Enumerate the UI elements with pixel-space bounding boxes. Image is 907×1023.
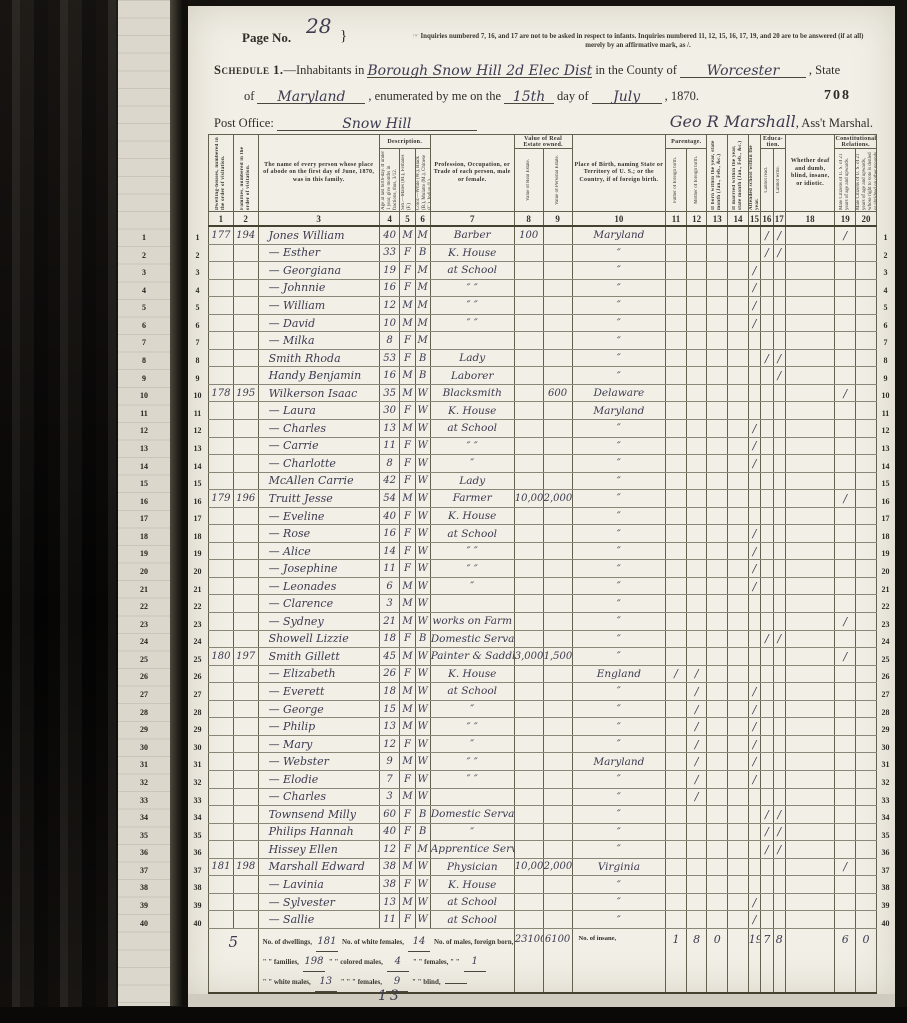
cell-married-month (728, 700, 749, 718)
line-number: 26 (189, 668, 206, 686)
total-born-within-year: 0 (707, 928, 728, 993)
cell-sex: F (400, 735, 415, 753)
cell-occupation: ″ ″ (430, 542, 514, 560)
cell-male-citizen (835, 314, 856, 332)
cell-age: 33 (379, 244, 400, 262)
cell-dwelling-number (209, 683, 234, 701)
cell-dwelling-number (209, 595, 234, 613)
cell-birthplace: England (572, 665, 666, 683)
cell-cannot-write (773, 788, 785, 806)
cell-deaf-dumb (785, 525, 835, 543)
cell-mother-foreign (686, 455, 707, 473)
cell-cannot-read (761, 735, 773, 753)
cell-born-month (707, 279, 728, 297)
cell-cannot-read (761, 314, 773, 332)
cell-male-citizen: / (835, 226, 856, 244)
cell-born-month (707, 226, 728, 244)
table-row: Smith Rhoda 53 F B Lady ″ / / (209, 349, 877, 367)
col-header-cannot-read: Cannot read. (761, 149, 773, 212)
line-number: 7 (189, 334, 206, 352)
cell-born-month (707, 595, 728, 613)
cell-real-estate: 10,000 (514, 490, 543, 508)
line-number: 35 (877, 827, 894, 845)
cell-occupation: K. House (430, 402, 514, 420)
cell-sex: F (400, 806, 415, 824)
cell-birthplace: Maryland (572, 402, 666, 420)
cell-age: 16 (379, 367, 400, 385)
cell-color: M (415, 841, 430, 859)
cell-occupation (430, 332, 514, 350)
form-header: Page No. 28 } ☞ Inquiries numbered 7, 16… (188, 6, 895, 134)
cell-birthplace: ″ (572, 806, 666, 824)
cell-mother-foreign (686, 402, 707, 420)
cell-birthplace: ″ (572, 542, 666, 560)
cell-person-name: — Mary (258, 735, 379, 753)
cell-personal-estate (543, 788, 572, 806)
cell-attended-school: / (748, 455, 760, 473)
cell-father-foreign (666, 262, 687, 280)
cell-birthplace: ″ (572, 314, 666, 332)
summary-counts: No. of dwellings,181No. of white females… (258, 928, 514, 993)
cell-father-foreign (666, 577, 687, 595)
cell-color: B (415, 630, 430, 648)
cell-born-month (707, 542, 728, 560)
cell-real-estate (514, 630, 543, 648)
cell-birthplace: ″ (572, 244, 666, 262)
cell-dwelling-number: 178 (209, 384, 234, 402)
cell-color: W (415, 770, 430, 788)
cell-sex: M (400, 718, 415, 736)
cell-born-month (707, 770, 728, 788)
line-number: 14 (132, 458, 156, 476)
cell-cannot-write (773, 735, 785, 753)
line-number: 28 (132, 704, 156, 722)
group-header-constitutional: Constitutional Relations. (835, 135, 877, 149)
cell-male-citizen (835, 735, 856, 753)
cell-occupation: ″ ″ (430, 560, 514, 578)
facing-page-line-numbers: 1234567891011121314151617181920212223242… (132, 229, 156, 932)
cell-male-citizen (835, 577, 856, 595)
cell-male-citizen-denied (856, 613, 877, 631)
cell-cannot-read (761, 332, 773, 350)
cell-age: 13 (379, 718, 400, 736)
line-number: 36 (877, 844, 894, 862)
schedule-label: Schedule 1. (214, 63, 283, 78)
cell-color: W (415, 893, 430, 911)
cell-male-citizen-denied (856, 384, 877, 402)
cell-occupation: Lady (430, 472, 514, 490)
cell-deaf-dumb (785, 788, 835, 806)
total-deaf-dumb (785, 928, 835, 993)
line-number: 14 (189, 458, 206, 476)
cell-family-number (233, 876, 258, 894)
total-cannot-read: 7 (761, 928, 773, 993)
cell-mother-foreign (686, 472, 707, 490)
cell-person-name: — Leonades (258, 577, 379, 595)
cell-deaf-dumb (785, 876, 835, 894)
cell-mother-foreign (686, 858, 707, 876)
cell-born-month (707, 349, 728, 367)
col-header-mother-foreign: Mother of foreign birth. (686, 149, 707, 212)
cell-birthplace: ″ (572, 893, 666, 911)
cell-deaf-dumb (785, 437, 835, 455)
cell-deaf-dumb (785, 279, 835, 297)
cell-cannot-write (773, 683, 785, 701)
cell-married-month (728, 560, 749, 578)
cell-real-estate (514, 560, 543, 578)
cell-father-foreign (666, 349, 687, 367)
cell-attended-school (748, 876, 760, 894)
cell-male-citizen-denied (856, 630, 877, 648)
line-number: 36 (132, 844, 156, 862)
cell-personal-estate (543, 718, 572, 736)
cell-occupation: Painter & Saddler (430, 648, 514, 666)
line-number: 3 (189, 264, 206, 282)
cell-dwelling-number (209, 911, 234, 929)
cell-mother-foreign (686, 279, 707, 297)
table-row: Hissey Ellen 12 F M Apprentice Servant ″… (209, 841, 877, 859)
line-number: 35 (189, 827, 206, 845)
page-gutter (170, 0, 188, 1006)
cell-personal-estate (543, 525, 572, 543)
cell-male-citizen-denied (856, 420, 877, 438)
table-row: — Elodie 7 F W ″ ″ ″ / / (209, 770, 877, 788)
cell-color: W (415, 455, 430, 473)
cell-married-month (728, 490, 749, 508)
cell-dwelling-number (209, 893, 234, 911)
cell-attended-school (748, 858, 760, 876)
cell-male-citizen-denied (856, 683, 877, 701)
cell-color: B (415, 367, 430, 385)
cell-male-citizen (835, 542, 856, 560)
cell-color: M (415, 297, 430, 315)
cell-occupation: at School (430, 262, 514, 280)
cell-male-citizen (835, 367, 856, 385)
line-number: 8 (189, 352, 206, 370)
cell-person-name: — Sylvester (258, 893, 379, 911)
cell-dwelling-number (209, 841, 234, 859)
cell-cannot-write (773, 314, 785, 332)
cell-color: W (415, 858, 430, 876)
cell-attended-school: / (748, 770, 760, 788)
cell-personal-estate (543, 297, 572, 315)
cell-male-citizen-denied (856, 226, 877, 244)
table-row: — Elizabeth 26 F W K. House England / / (209, 665, 877, 683)
cell-color: W (415, 402, 430, 420)
cell-deaf-dumb (785, 244, 835, 262)
cell-birthplace: ″ (572, 823, 666, 841)
cell-attended-school: / (748, 911, 760, 929)
line-number: 24 (132, 633, 156, 651)
cell-male-citizen-denied (856, 665, 877, 683)
cell-personal-estate (543, 402, 572, 420)
cell-born-month (707, 683, 728, 701)
line-number: 3 (877, 264, 894, 282)
cell-family-number (233, 770, 258, 788)
line-number: 21 (132, 581, 156, 599)
cell-mother-foreign (686, 542, 707, 560)
cell-deaf-dumb (785, 490, 835, 508)
cell-person-name: Smith Gillett (258, 648, 379, 666)
cell-birthplace: ″ (572, 297, 666, 315)
cell-birthplace: ″ (572, 876, 666, 894)
cell-sex: M (400, 595, 415, 613)
line-number: 39 (189, 897, 206, 915)
cell-male-citizen (835, 262, 856, 280)
cell-real-estate: 10,000 (514, 858, 543, 876)
cell-family-number (233, 297, 258, 315)
cell-father-foreign (666, 630, 687, 648)
total-cannot-write: 8 (773, 928, 785, 993)
cell-family-number (233, 595, 258, 613)
cell-occupation: at School (430, 420, 514, 438)
table-row: 181 198 Marshall Edward 38 M W Physician… (209, 858, 877, 876)
cell-person-name: — Charles (258, 788, 379, 806)
cell-born-month (707, 630, 728, 648)
cell-deaf-dumb (785, 542, 835, 560)
cell-person-name: — Johnnie (258, 279, 379, 297)
cell-real-estate (514, 367, 543, 385)
cell-sex: M (400, 314, 415, 332)
cell-deaf-dumb (785, 420, 835, 438)
cell-cannot-read (761, 577, 773, 595)
line-number: 21 (189, 581, 206, 599)
cell-male-citizen-denied (856, 490, 877, 508)
cell-person-name: Jones William (258, 226, 379, 244)
line-number: 29 (877, 721, 894, 739)
right-line-numbers: 1234567891011121314151617181920212223242… (877, 229, 894, 932)
col-header-born-month: If born within the year, state month (Ja… (707, 135, 728, 212)
cell-born-month (707, 262, 728, 280)
line-number: 20 (189, 563, 206, 581)
cell-male-citizen-denied (856, 525, 877, 543)
cell-occupation: ″ (430, 700, 514, 718)
cell-married-month (728, 455, 749, 473)
cell-born-month (707, 314, 728, 332)
cell-occupation: at School (430, 683, 514, 701)
cell-male-citizen (835, 630, 856, 648)
cell-cannot-write: / (773, 349, 785, 367)
cell-real-estate (514, 718, 543, 736)
cell-cannot-write (773, 858, 785, 876)
cell-personal-estate: 600 (543, 384, 572, 402)
cell-married-month (728, 420, 749, 438)
cell-father-foreign (666, 806, 687, 824)
schedule-line: Schedule 1. —Inhabitants in Borough Snow… (214, 62, 887, 78)
cell-male-citizen (835, 683, 856, 701)
cell-father-foreign (666, 648, 687, 666)
cell-born-month (707, 244, 728, 262)
line-number: 9 (877, 370, 894, 388)
line-number: 39 (877, 897, 894, 915)
line-number: 12 (189, 422, 206, 440)
cell-sex: F (400, 841, 415, 859)
cell-attended-school: / (748, 577, 760, 595)
table-row: — George 15 M W ″ ″ / / (209, 700, 877, 718)
cell-real-estate (514, 893, 543, 911)
cell-dwelling-number (209, 402, 234, 420)
group-header-description: Description. (379, 135, 430, 149)
line-number: 35 (132, 827, 156, 845)
cell-cannot-read (761, 613, 773, 631)
line-number: 4 (189, 282, 206, 300)
cell-color: W (415, 595, 430, 613)
cell-male-citizen-denied (856, 718, 877, 736)
cell-personal-estate (543, 700, 572, 718)
cell-age: 3 (379, 788, 400, 806)
col-header-male-citizens-denied: Male Citizens of U. S. of 21 years of ag… (856, 149, 877, 212)
cell-male-citizen-denied (856, 806, 877, 824)
line-number: 40 (132, 915, 156, 933)
cell-attended-school: / (748, 893, 760, 911)
cell-cannot-read: / (761, 226, 773, 244)
cell-color: M (415, 279, 430, 297)
cell-age: 16 (379, 279, 400, 297)
cell-family-number (233, 314, 258, 332)
cell-person-name: McAllen Carrie (258, 472, 379, 490)
line-number: 31 (877, 756, 894, 774)
line-number: 18 (189, 528, 206, 546)
cell-person-name: — Charlotte (258, 455, 379, 473)
cell-birthplace: ″ (572, 683, 666, 701)
cell-father-foreign (666, 770, 687, 788)
cell-male-citizen (835, 349, 856, 367)
cell-born-month (707, 402, 728, 420)
line-number: 25 (877, 651, 894, 669)
cell-sex: F (400, 823, 415, 841)
cell-father-foreign (666, 700, 687, 718)
cell-personal-estate (543, 279, 572, 297)
cell-born-month (707, 455, 728, 473)
cell-deaf-dumb (785, 753, 835, 771)
cell-cannot-read (761, 858, 773, 876)
line-number: 23 (189, 616, 206, 634)
table-row: — Milka 8 F M ″ (209, 332, 877, 350)
cell-sex: F (400, 437, 415, 455)
cell-family-number (233, 262, 258, 280)
cell-occupation: ″ ″ (430, 770, 514, 788)
cell-real-estate (514, 700, 543, 718)
cell-age: 42 (379, 472, 400, 490)
cell-age: 18 (379, 630, 400, 648)
table-row: Handy Benjamin 16 M B Laborer ″ / (209, 367, 877, 385)
cell-person-name: — Carrie (258, 437, 379, 455)
cell-deaf-dumb (785, 455, 835, 473)
county-blank: Worcester (680, 62, 806, 78)
cell-cannot-write (773, 753, 785, 771)
cell-birthplace: ″ (572, 560, 666, 578)
cell-cannot-read (761, 893, 773, 911)
cell-cannot-write (773, 490, 785, 508)
line-number: 40 (877, 915, 894, 933)
cell-sex: M (400, 700, 415, 718)
below-page-mark: 13 (378, 988, 402, 1004)
cell-attended-school (748, 665, 760, 683)
cell-family-number (233, 630, 258, 648)
cell-age: 11 (379, 437, 400, 455)
cell-male-citizen-denied (856, 841, 877, 859)
scan-bottom-band (0, 1007, 907, 1023)
cell-male-citizen (835, 455, 856, 473)
cell-married-month (728, 718, 749, 736)
marshal-title: , Ass't Marshal. (796, 116, 873, 131)
cell-birthplace: ″ (572, 490, 666, 508)
cell-mother-foreign (686, 648, 707, 666)
line-number: 38 (877, 879, 894, 897)
cell-attended-school: / (748, 542, 760, 560)
cell-married-month (728, 262, 749, 280)
cell-person-name: — Alice (258, 542, 379, 560)
cell-occupation: Laborer (430, 367, 514, 385)
cell-married-month (728, 297, 749, 315)
cell-male-citizen (835, 332, 856, 350)
line-number: 40 (189, 915, 206, 933)
line-number: 32 (189, 774, 206, 792)
cell-real-estate (514, 911, 543, 929)
cell-sex: F (400, 911, 415, 929)
line-number: 5 (189, 299, 206, 317)
cell-married-month (728, 823, 749, 841)
cell-mother-foreign (686, 314, 707, 332)
cell-family-number (233, 823, 258, 841)
cell-sex: M (400, 683, 415, 701)
line-number: 38 (132, 879, 156, 897)
cell-male-citizen (835, 753, 856, 771)
cell-cannot-write: / (773, 806, 785, 824)
cell-male-citizen (835, 244, 856, 262)
census-form-page: Page No. 28 } ☞ Inquiries numbered 7, 16… (188, 6, 895, 994)
col-header-color: Color.—White (W.), Black (B.), Mulatto (… (415, 149, 430, 212)
cell-occupation: ″ ″ (430, 718, 514, 736)
line-number: 19 (132, 545, 156, 563)
cell-personal-estate: 1,500 (543, 648, 572, 666)
cell-attended-school: / (748, 262, 760, 280)
line-number: 13 (189, 440, 206, 458)
line-number: 17 (877, 510, 894, 528)
cell-mother-foreign (686, 613, 707, 631)
cell-person-name: — Clarence (258, 595, 379, 613)
cell-real-estate (514, 420, 543, 438)
cell-occupation: Apprentice Servant (430, 841, 514, 859)
cell-cannot-write (773, 542, 785, 560)
cell-sex: F (400, 525, 415, 543)
cell-male-citizen-denied (856, 700, 877, 718)
table-row: — Webster 9 M W ″ ″ Maryland / / (209, 753, 877, 771)
cell-personal-estate (543, 770, 572, 788)
line-number: 37 (189, 862, 206, 880)
cell-real-estate (514, 735, 543, 753)
cell-family-number (233, 806, 258, 824)
cell-color: W (415, 542, 430, 560)
cell-married-month (728, 806, 749, 824)
cell-father-foreign (666, 420, 687, 438)
cell-sex: M (400, 384, 415, 402)
cell-age: 60 (379, 806, 400, 824)
cell-personal-estate (543, 613, 572, 631)
cell-personal-estate (543, 595, 572, 613)
col-header-married-month: If married within the year, state month … (728, 135, 749, 212)
line-number: 2 (877, 247, 894, 265)
cell-male-citizen-denied (856, 472, 877, 490)
cell-person-name: Hissey Ellen (258, 841, 379, 859)
cell-person-name: Townsend Milly (258, 806, 379, 824)
cell-deaf-dumb (785, 402, 835, 420)
cell-color: W (415, 700, 430, 718)
county-label: in the County of (595, 63, 677, 78)
cell-married-month (728, 279, 749, 297)
cell-person-name: — David (258, 314, 379, 332)
line-number: 29 (132, 721, 156, 739)
